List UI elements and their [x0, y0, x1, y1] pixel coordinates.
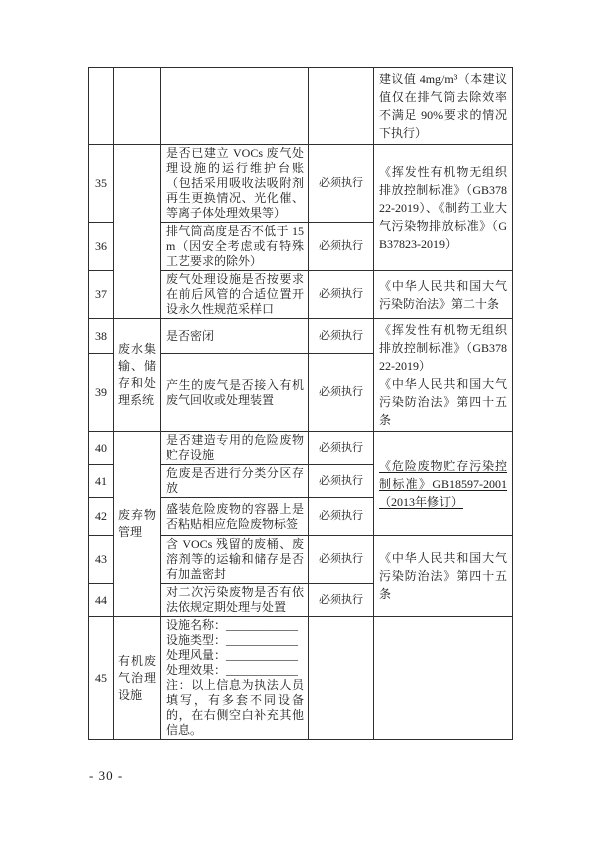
row-40-status-cell: 必须执行	[309, 432, 374, 465]
row-cont-reference-cell: 建议值 4mg/m³（本建议值仅在排气筒去除效率不满足 90%要求的情况下执行）	[374, 68, 513, 145]
row-45-item-cell: 设施名称：____________ 设施类型：____________ 处理风量…	[161, 617, 309, 740]
row-40-number-cell: 40	[89, 432, 114, 465]
page-number: - 30 -	[89, 768, 123, 784]
row-41-status-cell: 必须执行	[309, 465, 374, 498]
row-38-number-cell: 38	[89, 319, 114, 354]
row-43-number-cell: 43	[89, 536, 114, 584]
row-45-status-cell	[309, 617, 374, 740]
row-41-number-cell: 41	[89, 465, 114, 498]
reference-cell-gb18597: 《危险废物贮存污染控制标准》GB18597-2001（2013年修订）	[374, 432, 513, 536]
row-37-item-cell: 废气处理设施是否按要求在前后风管的合适位置开设永久性规范采样口	[161, 271, 309, 319]
row-37-number-cell: 37	[89, 271, 114, 319]
row-44-number-cell: 44	[89, 584, 114, 617]
row-cont-status-cell	[309, 68, 374, 145]
table-row-45: 45 有机废气治理设施 设施名称：____________ 设施类型：_____…	[89, 617, 513, 740]
table-row-40: 40 废弃物管理 是否建造专用的危险废物贮存设施 必须执行 《危险废物贮存污染控…	[89, 432, 513, 465]
row-36-status-cell: 必须执行	[309, 223, 374, 271]
row-45-reference-cell	[374, 617, 513, 740]
row-44-item-cell: 对二次污染废物是否有依法依规定期处理与处置	[161, 584, 309, 617]
row-36-item-cell: 排气筒高度是否不低于 15m（因安全考虑或有特殊工艺要求的除外）	[161, 223, 309, 271]
category-cell-wastewater-system: 废水集输、储存和处理系统	[114, 319, 161, 432]
table-row-35: 35 是否已建立 VOCs 废气处理设施的运行维护台账（包括采用吸收法吸附剂再生…	[89, 145, 513, 223]
row-42-number-cell: 42	[89, 498, 114, 536]
row-38-status-cell: 必须执行	[309, 319, 374, 354]
reference-cell-airlaw-art45: 《中华人民共和国大气污染防治法》第四十五条	[374, 536, 513, 617]
row-39-item-cell: 产生的废气是否接入有机废气回收或处理装置	[161, 354, 309, 432]
row-39-status-cell: 必须执行	[309, 354, 374, 432]
row-cont-category-cell	[114, 68, 161, 145]
row-40-item-cell: 是否建造专用的危险废物贮存设施	[161, 432, 309, 465]
row-42-item-cell: 盛装危险废物的容器上是否粘贴相应危险废物标签	[161, 498, 309, 536]
category-cell-waste-management: 废弃物管理	[114, 432, 161, 617]
category-cell-blank	[114, 145, 161, 319]
reference-cell-gb37822-airlaw45: 《挥发性有机物无组织排放控制标准》（GB37822-2019） 《中华人民共和国…	[374, 319, 513, 432]
row-cont-item-cell	[161, 68, 309, 145]
table-row-continuation: 建议值 4mg/m³（本建议值仅在排气筒去除效率不满足 90%要求的情况下执行）	[89, 68, 513, 145]
reference-cell-air-law-art20: 《中华人民共和国大气污染防治法》第二十条	[374, 271, 513, 319]
row-36-number-cell: 36	[89, 223, 114, 271]
row-42-status-cell: 必须执行	[309, 498, 374, 536]
row-37-status-cell: 必须执行	[309, 271, 374, 319]
row-41-item-cell: 危废是否进行分类分区存放	[161, 465, 309, 498]
row-35-item-cell: 是否已建立 VOCs 废气处理设施的运行维护台账（包括采用吸收法吸附剂再生更换情…	[161, 145, 309, 223]
table-row-38: 38 废水集输、储存和处理系统 是否密闭 必须执行 《挥发性有机物无组织排放控制…	[89, 319, 513, 354]
reference-cell-gb37822-gb37823: 《挥发性有机物无组织排放控制标准》（GB37822-2019）、《制药工业大气污…	[374, 145, 513, 271]
row-45-number-cell: 45	[89, 617, 114, 740]
document-page: 建议值 4mg/m³（本建议值仅在排气筒去除效率不满足 90%要求的情况下执行）…	[0, 0, 600, 848]
row-35-number-cell: 35	[89, 145, 114, 223]
row-38-item-cell: 是否密闭	[161, 319, 309, 354]
row-cont-number-cell	[89, 68, 114, 145]
inspection-checklist-table: 建议值 4mg/m³（本建议值仅在排气筒去除效率不满足 90%要求的情况下执行）…	[88, 67, 513, 740]
row-44-status-cell: 必须执行	[309, 584, 374, 617]
row-39-number-cell: 39	[89, 354, 114, 432]
row-35-status-cell: 必须执行	[309, 145, 374, 223]
row-43-status-cell: 必须执行	[309, 536, 374, 584]
category-cell-organic-waste-gas-facility: 有机废气治理设施	[114, 617, 161, 740]
row-43-item-cell: 含 VOCs 残留的废桶、废溶剂等的运输和储存是否有加盖密封	[161, 536, 309, 584]
